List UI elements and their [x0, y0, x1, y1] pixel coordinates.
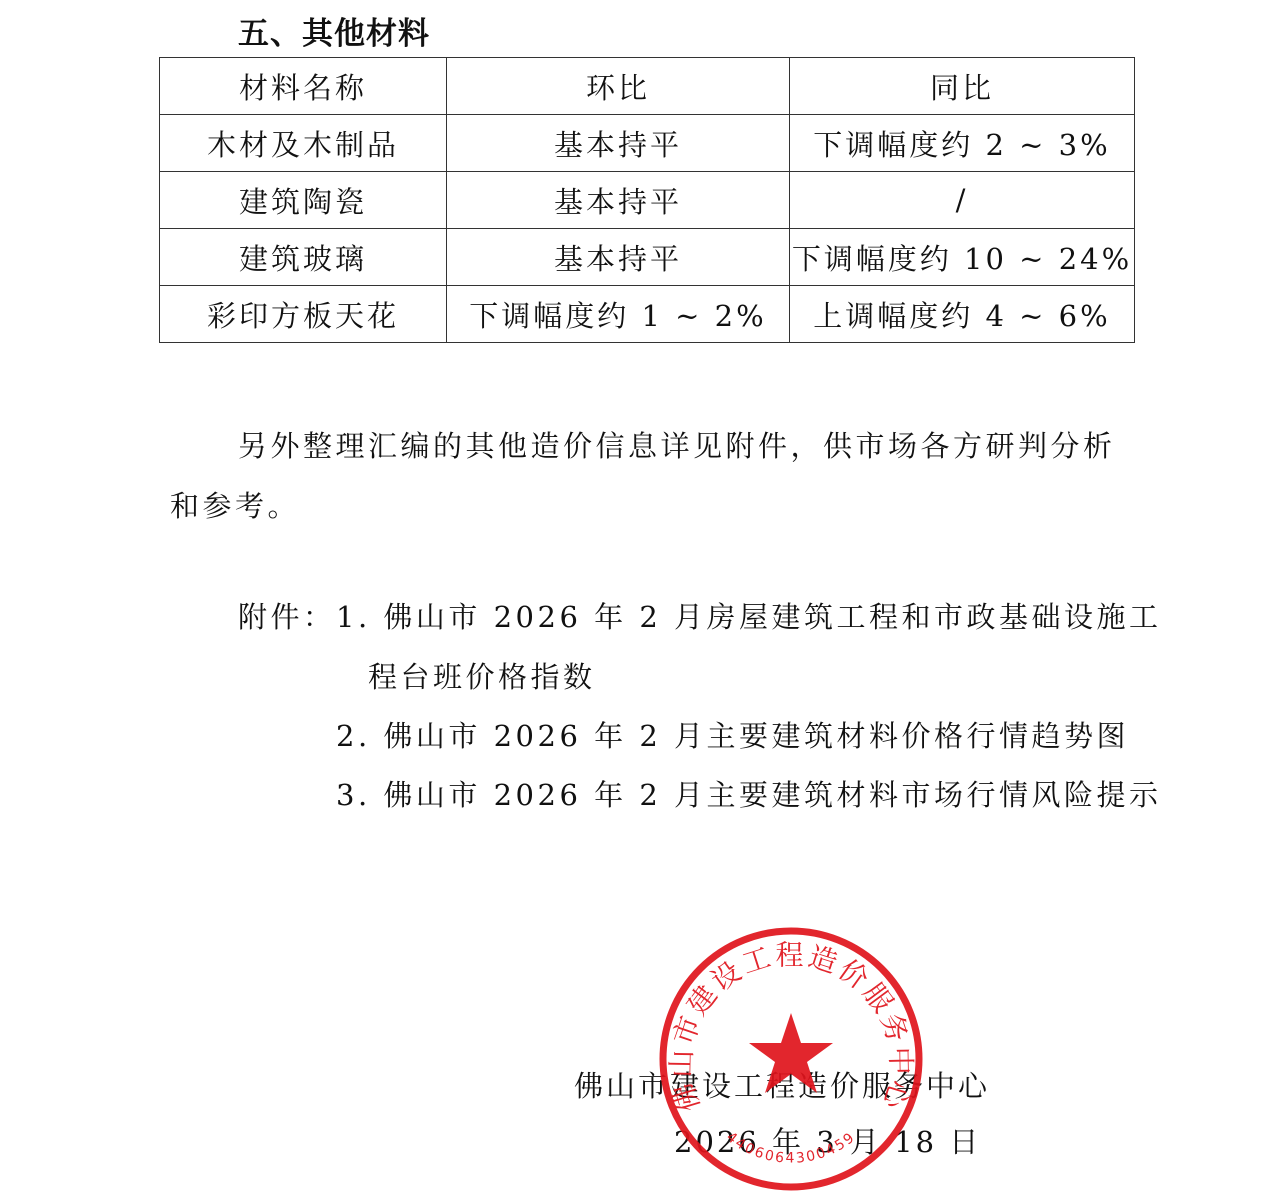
- cell-yoy: /: [790, 172, 1135, 229]
- table-row: 建筑陶瓷 基本持平 /: [160, 172, 1135, 229]
- cell-yoy: 上调幅度约 4 ~ 6%: [790, 286, 1135, 343]
- table-row: 木材及木制品 基本持平 下调幅度约 2 ~ 3%: [160, 115, 1135, 172]
- header-year-on-year: 同比: [790, 58, 1135, 115]
- cell-mom: 基本持平: [447, 229, 790, 286]
- header-material-name: 材料名称: [160, 58, 447, 115]
- body-paragraph: 另外整理汇编的其他造价信息详见附件，供市场各方研判分析和参考。: [170, 416, 1130, 536]
- cell-mom: 基本持平: [447, 172, 790, 229]
- signature-date: 2026 年 3 月 18 日: [674, 1120, 981, 1161]
- attachment-item-1: 1. 佛山市 2026 年 2 月房屋建筑工程和市政基础设施工: [336, 597, 1162, 637]
- cell-material-name: 木材及木制品: [160, 115, 447, 172]
- cell-mom: 下调幅度约 1 ~ 2%: [447, 286, 790, 343]
- table-row: 建筑玻璃 基本持平 下调幅度约 10 ~ 24%: [160, 229, 1135, 286]
- attachment-item-2: 2. 佛山市 2026 年 2 月主要建筑材料价格行情趋势图: [336, 716, 1129, 756]
- cell-material-name: 建筑玻璃: [160, 229, 447, 286]
- cell-yoy: 下调幅度约 2 ~ 3%: [790, 115, 1135, 172]
- attachments-label: 附件：: [238, 597, 336, 637]
- cell-mom: 基本持平: [447, 115, 790, 172]
- attachment-item-3: 3. 佛山市 2026 年 2 月主要建筑材料市场行情风险提示: [336, 775, 1162, 815]
- materials-table: 材料名称 环比 同比 木材及木制品 基本持平 下调幅度约 2 ~ 3% 建筑陶瓷…: [159, 57, 1135, 343]
- section-heading: 五、其他材料: [238, 12, 430, 56]
- cell-material-name: 彩印方板天花: [160, 286, 447, 343]
- table-row: 彩印方板天花 下调幅度约 1 ~ 2% 上调幅度约 4 ~ 6%: [160, 286, 1135, 343]
- cell-material-name: 建筑陶瓷: [160, 172, 447, 229]
- table-header-row: 材料名称 环比 同比: [160, 58, 1135, 115]
- cell-yoy: 下调幅度约 10 ~ 24%: [790, 229, 1135, 286]
- signature-organization: 佛山市建设工程造价服务中心: [574, 1064, 990, 1105]
- header-month-on-month: 环比: [447, 58, 790, 115]
- attachment-item-1-continued: 程台班价格指数: [368, 657, 596, 697]
